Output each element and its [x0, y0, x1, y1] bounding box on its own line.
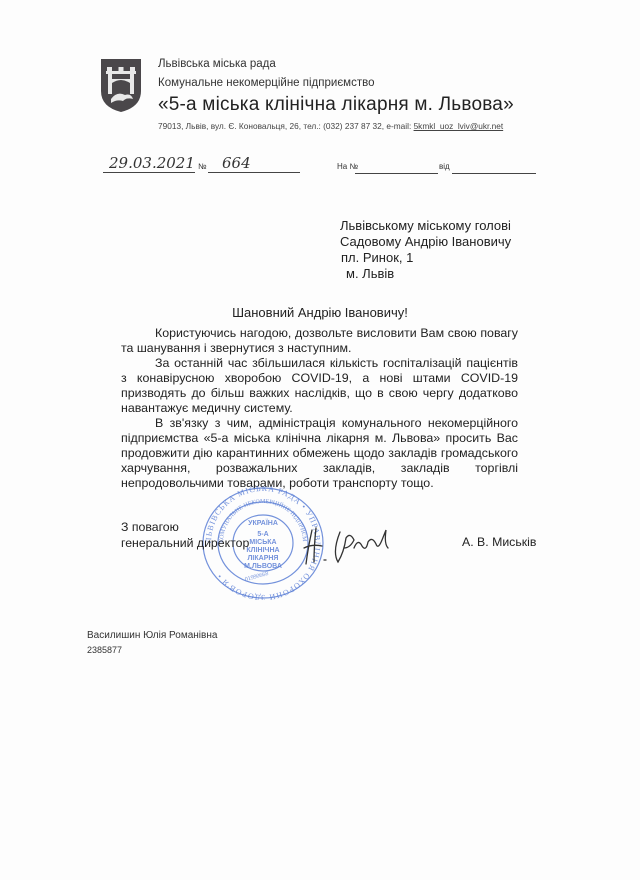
lviv-coat-of-arms-icon	[99, 57, 143, 113]
recipient-line-2: Садовому Андрію Івановичу	[340, 234, 511, 250]
paragraph: Користуючись нагодою, дозвольте висловит…	[121, 326, 518, 356]
from-underline	[452, 173, 536, 174]
executor-phone: 2385877	[87, 643, 217, 657]
address-text: 79013, Львів, вул. Є. Коновальця, 26, те…	[158, 121, 414, 131]
stamp-line: 5-А	[257, 531, 268, 538]
email-link[interactable]: 5kmkl_uoz_lviv@ukr.net	[414, 121, 504, 131]
date-underline	[103, 172, 195, 173]
closing-block: З повагою генеральний директор	[121, 519, 249, 551]
stamp-code: 01990668	[244, 571, 269, 583]
outgoing-date-field: 29.03.2021	[103, 154, 195, 173]
council-name: Львівська міська рада	[158, 58, 276, 70]
signature	[302, 522, 412, 573]
outgoing-number-field: 664	[208, 154, 300, 173]
recipient-line-1: Львівському міському голові	[340, 218, 511, 234]
number-underline	[208, 172, 300, 173]
enterprise-type: Комунальне некомерційне підприємство	[158, 77, 374, 89]
number-label: №	[198, 162, 207, 171]
reply-to-label: На №	[337, 162, 358, 171]
stamp-line: ЛІКАРНЯ	[248, 555, 279, 562]
executor-block: Василишин Юлія Романівна 2385877	[87, 629, 217, 657]
stamp-line: УКРАЇНА	[248, 519, 278, 527]
closing-line-1: З повагою	[121, 519, 249, 535]
salutation: Шановний Андрію Івановичу!	[0, 305, 640, 320]
executor-name: Василишин Юлія Романівна	[87, 629, 217, 643]
hospital-name: «5-а міська клінічна лікарня м. Львова»	[158, 94, 514, 116]
reply-to-underline	[355, 173, 438, 174]
paragraph: В зв'язку з чим, адміністрація комунальн…	[121, 416, 518, 491]
signatory-name: А. В. Миськів	[462, 535, 536, 549]
from-label: від	[439, 162, 450, 171]
letter-body: Користуючись нагодою, дозвольте висловит…	[121, 326, 518, 491]
contact-line: 79013, Львів, вул. Є. Коновальця, 26, те…	[158, 121, 503, 131]
stamp-line: МІСЬКА	[249, 539, 276, 546]
recipient-line-4: м. Львів	[340, 266, 511, 282]
stamp-line: КЛІНІЧНА	[246, 547, 279, 554]
stamp-line: М.ЛЬВОВА	[244, 563, 282, 570]
paragraph: За останній час збільшилася кількість го…	[121, 356, 518, 416]
outgoing-date: 29.03.2021	[103, 154, 195, 172]
closing-line-2: генеральний директор	[121, 535, 249, 551]
recipient-line-3: пл. Ринок, 1	[340, 250, 511, 266]
recipient-block: Львівському міському голові Садовому Анд…	[340, 218, 511, 282]
outgoing-number: 664	[208, 154, 300, 172]
